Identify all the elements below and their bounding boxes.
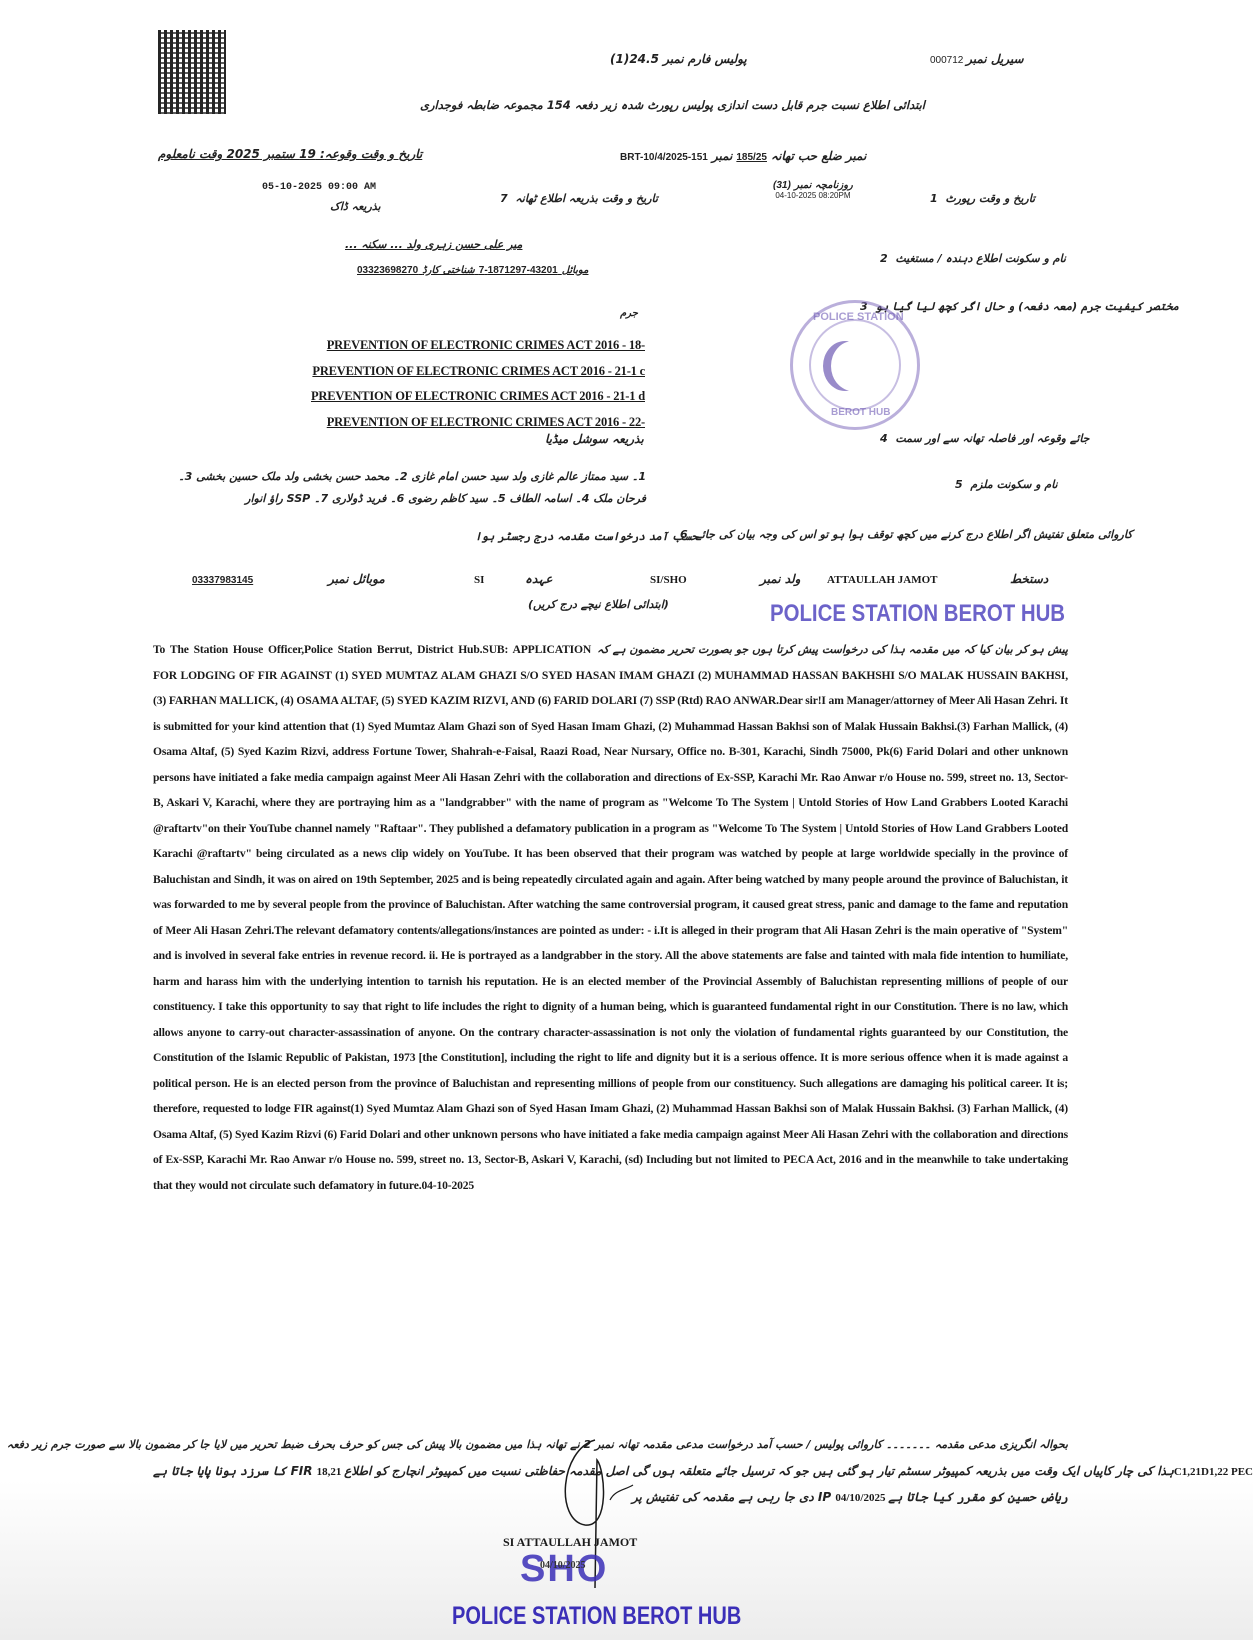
complainant-name: میر علی حسن زہری ولد ... سکنہ ... xyxy=(345,238,522,251)
officer-father-label: ولد نمبر xyxy=(760,572,800,586)
serial-number-row: 000712 سیریل نمبر xyxy=(930,52,1024,66)
fir-document-page: پولیس فارم نمبر 24.5(1) 000712 سیریل نمب… xyxy=(0,0,1253,1640)
serial-number: 000712 xyxy=(930,55,963,66)
report-mode: بذریعہ ڈاک xyxy=(330,200,381,213)
field-1-label: تاریخ و وقت رپورٹ 1 xyxy=(930,192,1035,205)
field-6-label: کاروائی متعلق تفتیش اگر اطلاع درج کرنے م… xyxy=(680,528,1132,541)
report-note: (ابتدائی اطلاع نیچے درج کریں) xyxy=(528,598,669,611)
officer-signature-label: دستخط xyxy=(1010,572,1048,586)
police-station-stamp: POLICE STATION BEROT HUB xyxy=(452,1602,741,1631)
field-report-info-label: تاریخ و وقت بذریعہ اطلاع ٹھانہ 7 xyxy=(500,192,658,205)
police-stamp-mid: POLICE STATION BEROT HUB xyxy=(770,600,1065,628)
report-datetime: 05-10-2025 09:00 AM xyxy=(262,182,376,193)
stamp-date: 04/10/2025 xyxy=(540,1560,586,1571)
fir-number: 185/25 xyxy=(736,152,767,163)
urdu-closing-line-3: دی جا رہی ہے مقدمہ کی تفتیش پر IP ریاض ح… xyxy=(620,1490,1068,1504)
date-time-occurrence: تاریخ و وقت وقوعہ: 19 ستمبر 2025 وقت نام… xyxy=(158,147,422,161)
body-urdu-prefix: پیش ہو کر بیان کیا کہ میں مقدمہ ہذا کی د… xyxy=(597,637,1068,663)
police-station-label: تھانہ xyxy=(771,149,794,163)
offence-label: جرم xyxy=(620,308,638,319)
entry-datetime: 04-10-2025 08:20PM xyxy=(773,191,853,200)
entry-number: (31) xyxy=(773,180,791,191)
complainant-contact: 03323698270 موبائل 43201-1871297-7 شناخت… xyxy=(357,260,588,278)
field-2-label: نام و سکونت اطلاع دہندہ / مستغیث 2 xyxy=(880,252,1066,265)
complainant-cnic: 43201-1871297-7 xyxy=(479,265,558,276)
officer-designation-label: عہدہ xyxy=(525,572,553,586)
fir-body-text: پیش ہو کر بیان کیا کہ میں مقدمہ ہذا کی د… xyxy=(153,637,1068,1198)
crescent-icon xyxy=(831,341,875,391)
field-3-label: مختصر کیفیت جرم (معہ دفعہ) و حال اگر کچھ… xyxy=(860,300,1179,313)
offence-act: PREVENTION OF ELECTRONIC CRIMES ACT 2016… xyxy=(240,359,645,385)
delay-reason: حسب آمد درخواست مقدمہ درج رجسٹر ہوا xyxy=(475,530,698,543)
fir-number-label: نمبر xyxy=(712,149,733,163)
qr-code xyxy=(158,30,226,114)
field-4-label: جائے وقوعہ اور فاصلہ تھانہ سے اور سمت 4 xyxy=(880,432,1089,445)
police-station-seal: POLICE STATION BEROT HUB xyxy=(790,300,920,430)
serial-label: سیریل نمبر xyxy=(966,52,1023,66)
fir-id-label: نمبر xyxy=(846,149,867,163)
fir-number-row: BRT-10/4/2025-151 نمبر ضلع حب تھانہ 185/… xyxy=(620,147,866,165)
officer-mobile: 03337983145 xyxy=(192,575,253,586)
date-time-value: 19 ستمبر 2025 وقت نامعلوم xyxy=(158,147,316,161)
closing-date: 04/10/2025 xyxy=(835,1492,885,1504)
officer-designation: SI xyxy=(474,574,484,586)
form-reference: پولیس فارم نمبر 24.5(1) xyxy=(610,52,747,66)
place-of-occurrence: بذریعہ سوشل میڈیا xyxy=(545,432,644,446)
date-time-label: تاریخ و وقت وقوعہ xyxy=(325,147,422,161)
district-label: ضلع حب xyxy=(798,149,842,163)
complainant-phone: 03323698270 xyxy=(357,265,418,276)
officer-mobile-label: موبائل نمبر xyxy=(328,572,385,586)
offence-act: PREVENTION OF ELECTRONIC CRIMES ACT 2016… xyxy=(240,384,645,410)
fir-title: ابتدائی اطلاع نسبت جرم قابل دست اندازی پ… xyxy=(420,98,925,112)
officer-name: ATTAULLAH JAMOT xyxy=(827,574,938,586)
entry-number-label: روزنامچہ نمبر xyxy=(794,180,853,191)
body-paragraph: To The Station House Officer,Police Stat… xyxy=(153,643,1068,1192)
entry-number-block: روزنامچہ نمبر (31) 04-10-2025 08:20PM xyxy=(773,180,853,200)
offence-act: PREVENTION OF ELECTRONIC CRIMES ACT 2016… xyxy=(240,333,645,359)
offence-acts-list: PREVENTION OF ELECTRONIC CRIMES ACT 2016… xyxy=(240,333,645,435)
officer-rank: SI/SHO xyxy=(650,574,687,586)
field-5-label: نام و سکونت ملزم 5 xyxy=(955,478,1058,491)
accused-names: 1۔ سید ممتاز عالم غازی ولد سید حسن امام … xyxy=(158,466,646,510)
fir-id: BRT-10/4/2025-151 xyxy=(620,152,708,163)
